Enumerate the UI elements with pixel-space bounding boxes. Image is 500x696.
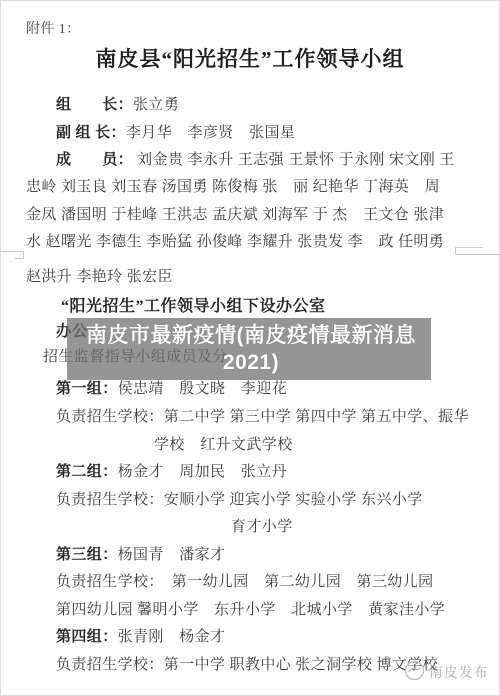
group-3-names: 杨国青 潘家才	[118, 547, 226, 563]
group-1-schools-2: 学校 红升文武学校	[154, 437, 293, 454]
leader-label: 组 长：	[56, 97, 133, 113]
group-2-label: 第二组：	[56, 464, 118, 480]
group-3-line: 第三组：杨国青 潘家才	[56, 547, 225, 564]
members-names-1: 刘金贵 李永升 王志强 王景怀 于永刚 宋文刚 王	[133, 152, 455, 168]
members-line-5: 赵洪升 李艳玲 张宏臣	[26, 269, 173, 286]
group-3-schools-2: 第四幼儿园 馨明小学 东升小学 北城小学 黄家洼小学	[56, 602, 445, 619]
members-line-2: 忠岭 刘玉良 刘玉春 汤国勇 陈俊梅 张 丽 纪艳华 丁海英 周	[26, 179, 440, 196]
office-heading: “阳光招生”工作领导小组下设办公室	[61, 293, 326, 316]
group-4-schools-1: 负责招生学校：第一中学 职教中心 张之洞学校 博文学校	[56, 657, 438, 674]
page-break-mark-right	[455, 254, 500, 255]
members-line-4: 水 赵曙光 李德生 李贻猛 孙俊峰 李耀升 张贵发 李 政 任明勇	[26, 234, 444, 251]
group-1-names: 侯忠靖 殷文晓 李迎花	[118, 381, 287, 397]
document-title: 南皮县“阳光招生”工作领导小组	[1, 43, 499, 73]
leader-line: 组 长：张立勇	[56, 97, 179, 114]
page-break-mark-right-tick	[455, 247, 456, 254]
group-1-line: 第一组：侯忠靖 殷文晓 李迎花	[56, 381, 287, 398]
page-break-mark-right-inner	[455, 247, 483, 248]
deputy-label: 副 组 长：	[56, 125, 126, 141]
watermark-label: 南皮发布	[429, 661, 489, 681]
members-label: 成 员：	[56, 152, 133, 168]
article-image: 附件 1： 南皮县“阳光招生”工作领导小组 组 长：张立勇 副 组 长：李月华 …	[0, 0, 500, 696]
leader-names: 张立勇	[133, 97, 179, 113]
page-break-mark-left	[1, 251, 24, 252]
attachment-label: 附件 1：	[26, 21, 81, 38]
deputy-names: 李月华 李彦贤 张国星	[126, 125, 295, 141]
group-4-label: 第四组：	[56, 629, 118, 645]
group-3-label: 第三组：	[56, 547, 118, 563]
group-3-schools-1: 负责招生学校： 第一幼儿园 第二幼儿园 第三幼儿园	[56, 574, 434, 591]
page-break-mark-left-inner	[15, 258, 24, 259]
group-1-schools-1: 负责招生学校：第二中学 第三中学 第四中学 第五中学、振华	[56, 409, 469, 426]
members-line-3: 金凤 潘国明 于桂峰 王洪志 孟庆斌 刘海军 于 杰 王文仓 张津	[26, 207, 444, 224]
group-2-names: 杨金才 周加民 张立丹	[118, 464, 287, 480]
group-2-schools-1: 负责招生学校：安顺小学 迎宾小学 实验小学 东兴小学	[56, 492, 423, 509]
group-2-line: 第二组：杨金才 周加民 张立丹	[56, 464, 287, 481]
watermark: 南皮发布	[404, 660, 489, 681]
members-line-1: 成 员： 刘金贵 李永升 王志强 王景怀 于永刚 宋文刚 王	[56, 152, 455, 169]
group-2-schools-2: 育才小学	[231, 519, 293, 536]
headline-overlay-title: 南皮市最新疫情(南皮疫情最新消息 2021)	[41, 322, 461, 376]
deputy-line: 副 组 长：李月华 李彦贤 张国星	[56, 125, 295, 142]
group-4-names: 张青刚 杨金才	[118, 629, 226, 645]
group-1-label: 第一组：	[56, 381, 118, 397]
nanpi-fabu-logo-icon	[404, 660, 425, 681]
page-break-mark-left-tick	[23, 251, 24, 258]
group-4-line: 第四组：张青刚 杨金才	[56, 629, 225, 646]
